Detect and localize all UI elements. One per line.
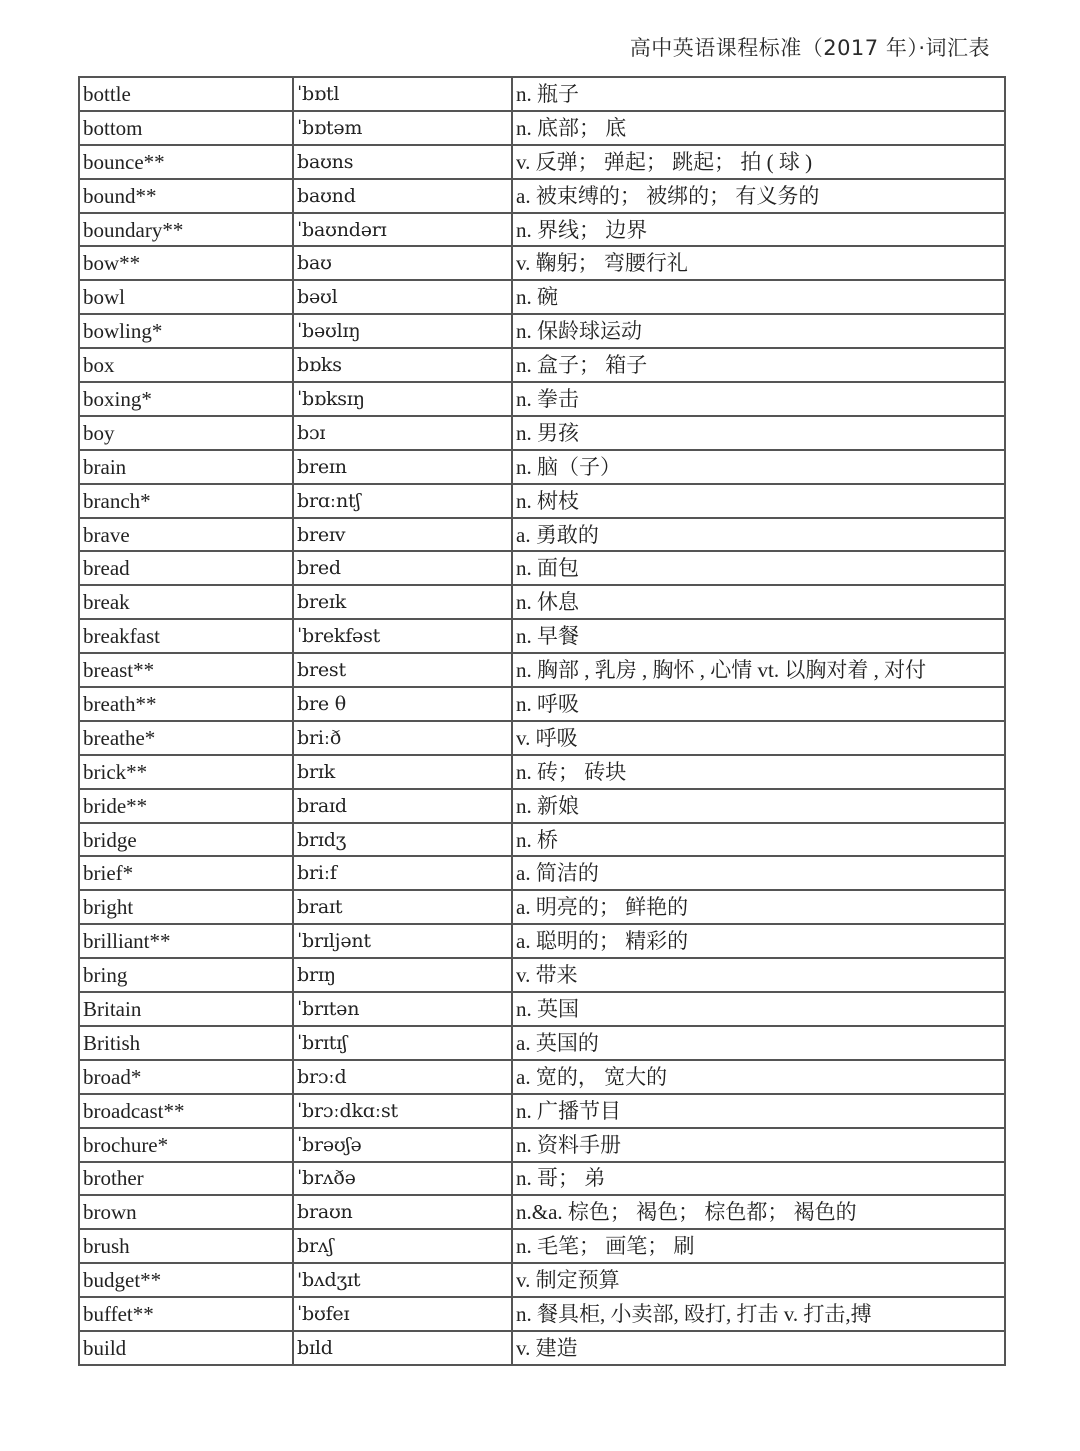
- vocab-word-cell: broad*: [79, 1060, 293, 1094]
- table-row: brainbreɪnn. 脑（子）: [79, 450, 1005, 484]
- vocab-word-cell: brilliant**: [79, 924, 293, 958]
- table-row: brochure*ˈbrəʊʃən. 资料手册: [79, 1128, 1005, 1162]
- table-row: breath**bre θn. 呼吸: [79, 687, 1005, 721]
- table-row: breathe*briːðv. 呼吸: [79, 721, 1005, 755]
- definition-cell: n. 男孩: [512, 416, 1005, 450]
- phonetic-cell: ˈbaʊndərɪ: [293, 213, 512, 247]
- vocab-word-cell: box: [79, 348, 293, 382]
- phonetic-cell: bred: [293, 551, 512, 585]
- vocab-word-cell: bounce**: [79, 145, 293, 179]
- definition-cell: v. 鞠躬； 弯腰行礼: [512, 246, 1005, 280]
- table-row: branch*brɑːntʃn. 树枝: [79, 484, 1005, 518]
- vocab-word-cell: breath**: [79, 687, 293, 721]
- table-row: boxbɒksn. 盒子； 箱子: [79, 348, 1005, 382]
- table-row: bottomˈbɒtəmn. 底部； 底: [79, 111, 1005, 145]
- vocab-word-cell: brain: [79, 450, 293, 484]
- vocab-word-cell: brother: [79, 1162, 293, 1196]
- definition-cell: n. 面包: [512, 551, 1005, 585]
- definition-cell: n. 毛笔； 画笔； 刷: [512, 1229, 1005, 1263]
- table-row: brief*briːfa. 简洁的: [79, 856, 1005, 890]
- vocab-word-cell: build: [79, 1331, 293, 1365]
- definition-cell: n. 界线； 边界: [512, 213, 1005, 247]
- table-row: buffet**ˈbʊfeɪn. 餐具柜, 小卖部, 殴打, 打击 v. 打击,…: [79, 1297, 1005, 1331]
- vocab-word-cell: breathe*: [79, 721, 293, 755]
- phonetic-cell: bre θ: [293, 687, 512, 721]
- table-row: bowling*ˈbəʊlɪŋn. 保龄球运动: [79, 314, 1005, 348]
- definition-cell: v. 反弹； 弹起； 跳起； 拍 ( 球 ): [512, 145, 1005, 179]
- vocab-word-cell: bowling*: [79, 314, 293, 348]
- vocab-word-cell: break: [79, 585, 293, 619]
- definition-cell: n.&a. 棕色； 褐色； 棕色都； 褐色的: [512, 1195, 1005, 1229]
- definition-cell: n. 树枝: [512, 484, 1005, 518]
- vocab-word-cell: bow**: [79, 246, 293, 280]
- vocab-word-cell: bring: [79, 958, 293, 992]
- vocab-word-cell: bowl: [79, 280, 293, 314]
- table-row: broad*brɔːda. 宽的， 宽大的: [79, 1060, 1005, 1094]
- definition-cell: v. 呼吸: [512, 721, 1005, 755]
- table-row: bridgebrɪdʒn. 桥: [79, 823, 1005, 857]
- phonetic-cell: braʊn: [293, 1195, 512, 1229]
- vocab-word-cell: broadcast**: [79, 1094, 293, 1128]
- table-row: boxing*ˈbɒksɪŋn. 拳击: [79, 382, 1005, 416]
- definition-cell: n. 桥: [512, 823, 1005, 857]
- phonetic-cell: ˈbʊfeɪ: [293, 1297, 512, 1331]
- phonetic-cell: brɪk: [293, 755, 512, 789]
- definition-cell: a. 明亮的； 鲜艳的: [512, 890, 1005, 924]
- vocab-word-cell: bride**: [79, 789, 293, 823]
- phonetic-cell: ˈbrɔːdkɑːst: [293, 1094, 512, 1128]
- definition-cell: n. 脑（子）: [512, 450, 1005, 484]
- vocab-word-cell: brown: [79, 1195, 293, 1229]
- definition-cell: v. 制定预算: [512, 1263, 1005, 1297]
- table-row: bringbrɪŋv. 带来: [79, 958, 1005, 992]
- table-row: brushbrʌʃn. 毛笔； 画笔； 刷: [79, 1229, 1005, 1263]
- definition-cell: n. 盒子； 箱子: [512, 348, 1005, 382]
- phonetic-cell: brɔːd: [293, 1060, 512, 1094]
- table-row: bravebreɪva. 勇敢的: [79, 518, 1005, 552]
- table-row: breadbredn. 面包: [79, 551, 1005, 585]
- table-row: breakfastˈbrekfəstn. 早餐: [79, 619, 1005, 653]
- phonetic-cell: brʌʃ: [293, 1229, 512, 1263]
- phonetic-cell: breɪv: [293, 518, 512, 552]
- phonetic-cell: ˈbrekfəst: [293, 619, 512, 653]
- table-row: bow**baʊv. 鞠躬； 弯腰行礼: [79, 246, 1005, 280]
- definition-cell: n. 呼吸: [512, 687, 1005, 721]
- phonetic-cell: ˈbrɪljənt: [293, 924, 512, 958]
- phonetic-cell: 'bʌdʒɪt: [293, 1263, 512, 1297]
- vocabulary-table: bottleˈbɒtln. 瓶子bottomˈbɒtəmn. 底部； 底boun…: [78, 76, 1006, 1366]
- vocab-word-cell: boundary**: [79, 213, 293, 247]
- table-row: Britishˈbrɪtɪʃa. 英国的: [79, 1026, 1005, 1060]
- vocab-word-cell: brave: [79, 518, 293, 552]
- vocab-word-cell: boxing*: [79, 382, 293, 416]
- vocab-word-cell: buffet**: [79, 1297, 293, 1331]
- phonetic-cell: ˈbɒtl: [293, 77, 512, 111]
- definition-cell: a. 英国的: [512, 1026, 1005, 1060]
- table-row: bowlbəʊln. 碗: [79, 280, 1005, 314]
- definition-cell: n. 新娘: [512, 789, 1005, 823]
- definition-cell: n. 英国: [512, 992, 1005, 1026]
- definition-cell: n. 拳击: [512, 382, 1005, 416]
- table-row: buildbɪldv. 建造: [79, 1331, 1005, 1365]
- phonetic-cell: baʊ: [293, 246, 512, 280]
- table-row: bounce**baʊnsv. 反弹； 弹起； 跳起； 拍 ( 球 ): [79, 145, 1005, 179]
- definition-cell: n. 胸部 , 乳房 , 胸怀 , 心情 vt. 以胸对着 , 对付: [512, 653, 1005, 687]
- vocab-word-cell: brief*: [79, 856, 293, 890]
- phonetic-cell: bɔɪ: [293, 416, 512, 450]
- vocab-word-cell: bridge: [79, 823, 293, 857]
- definition-cell: n. 餐具柜, 小卖部, 殴打, 打击 v. 打击,搏: [512, 1297, 1005, 1331]
- definition-cell: a. 被束缚的； 被绑的； 有义务的: [512, 179, 1005, 213]
- definition-cell: n. 底部； 底: [512, 111, 1005, 145]
- phonetic-cell: ˈbrɪtən: [293, 992, 512, 1026]
- definition-cell: n. 广播节目: [512, 1094, 1005, 1128]
- phonetic-cell: brɑːntʃ: [293, 484, 512, 518]
- phonetic-cell: baʊns: [293, 145, 512, 179]
- table-row: brightbraɪta. 明亮的； 鲜艳的: [79, 890, 1005, 924]
- vocab-word-cell: breast**: [79, 653, 293, 687]
- definition-cell: n. 早餐: [512, 619, 1005, 653]
- definition-cell: v. 建造: [512, 1331, 1005, 1365]
- vocab-word-cell: brochure*: [79, 1128, 293, 1162]
- definition-cell: a. 宽的， 宽大的: [512, 1060, 1005, 1094]
- table-row: boybɔɪn. 男孩: [79, 416, 1005, 450]
- definition-cell: n. 瓶子: [512, 77, 1005, 111]
- phonetic-cell: breɪn: [293, 450, 512, 484]
- definition-cell: n. 砖； 砖块: [512, 755, 1005, 789]
- phonetic-cell: ˈbəʊlɪŋ: [293, 314, 512, 348]
- phonetic-cell: bəʊl: [293, 280, 512, 314]
- table-row: boundary**ˈbaʊndərɪn. 界线； 边界: [79, 213, 1005, 247]
- page-header-title: 高中英语课程标准（2017 年）·词汇表: [630, 32, 990, 62]
- vocab-word-cell: bright: [79, 890, 293, 924]
- vocab-word-cell: budget**: [79, 1263, 293, 1297]
- vocab-word-cell: boy: [79, 416, 293, 450]
- phonetic-cell: brɪŋ: [293, 958, 512, 992]
- phonetic-cell: ˈbɒksɪŋ: [293, 382, 512, 416]
- table-row: Britainˈbrɪtənn. 英国: [79, 992, 1005, 1026]
- definition-cell: a. 勇敢的: [512, 518, 1005, 552]
- vocab-word-cell: bottle: [79, 77, 293, 111]
- vocab-word-cell: breakfast: [79, 619, 293, 653]
- vocab-word-cell: brush: [79, 1229, 293, 1263]
- phonetic-cell: ˈbrəʊʃə: [293, 1128, 512, 1162]
- phonetic-cell: brest: [293, 653, 512, 687]
- definition-cell: n. 碗: [512, 280, 1005, 314]
- phonetic-cell: brɪdʒ: [293, 823, 512, 857]
- table-row: brilliant**ˈbrɪljənta. 聪明的； 精彩的: [79, 924, 1005, 958]
- definition-cell: n. 保龄球运动: [512, 314, 1005, 348]
- definition-cell: a. 简洁的: [512, 856, 1005, 890]
- table-row: broadcast**ˈbrɔːdkɑːstn. 广播节目: [79, 1094, 1005, 1128]
- table-row: bride**braɪdn. 新娘: [79, 789, 1005, 823]
- definition-cell: a. 聪明的； 精彩的: [512, 924, 1005, 958]
- vocab-word-cell: branch*: [79, 484, 293, 518]
- phonetic-cell: ˈbɒtəm: [293, 111, 512, 145]
- table-row: budget**'bʌdʒɪtv. 制定预算: [79, 1263, 1005, 1297]
- definition-cell: n. 哥； 弟: [512, 1162, 1005, 1196]
- phonetic-cell: ˈbrʌðə: [293, 1162, 512, 1196]
- phonetic-cell: braɪd: [293, 789, 512, 823]
- phonetic-cell: baʊnd: [293, 179, 512, 213]
- table-row: brick**brɪkn. 砖； 砖块: [79, 755, 1005, 789]
- vocab-word-cell: bound**: [79, 179, 293, 213]
- table-row: bottleˈbɒtln. 瓶子: [79, 77, 1005, 111]
- phonetic-cell: briːf: [293, 856, 512, 890]
- vocab-word-cell: brick**: [79, 755, 293, 789]
- vocab-word-cell: bread: [79, 551, 293, 585]
- phonetic-cell: briːð: [293, 721, 512, 755]
- vocabulary-table-body: bottleˈbɒtln. 瓶子bottomˈbɒtəmn. 底部； 底boun…: [79, 77, 1005, 1365]
- definition-cell: n. 资料手册: [512, 1128, 1005, 1162]
- phonetic-cell: ˈbrɪtɪʃ: [293, 1026, 512, 1060]
- table-row: breast**brestn. 胸部 , 乳房 , 胸怀 , 心情 vt. 以胸…: [79, 653, 1005, 687]
- table-row: breakbreɪkn. 休息: [79, 585, 1005, 619]
- vocab-word-cell: bottom: [79, 111, 293, 145]
- definition-cell: v. 带来: [512, 958, 1005, 992]
- table-row: brownbraʊnn.&a. 棕色； 褐色； 棕色都； 褐色的: [79, 1195, 1005, 1229]
- phonetic-cell: bɒks: [293, 348, 512, 382]
- definition-cell: n. 休息: [512, 585, 1005, 619]
- vocab-word-cell: British: [79, 1026, 293, 1060]
- vocab-word-cell: Britain: [79, 992, 293, 1026]
- table-row: brotherˈbrʌðən. 哥； 弟: [79, 1162, 1005, 1196]
- phonetic-cell: breɪk: [293, 585, 512, 619]
- phonetic-cell: bɪld: [293, 1331, 512, 1365]
- table-row: bound**baʊnda. 被束缚的； 被绑的； 有义务的: [79, 179, 1005, 213]
- phonetic-cell: braɪt: [293, 890, 512, 924]
